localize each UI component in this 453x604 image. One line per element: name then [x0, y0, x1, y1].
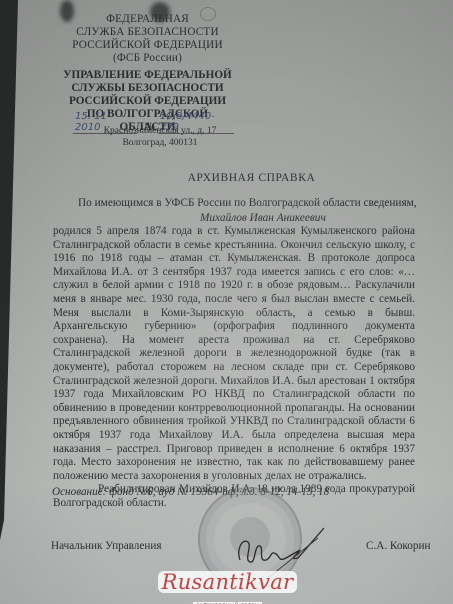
watermark-logo: Rusantikvar антикварный салон — [155, 571, 300, 604]
agency-line: СЛУЖБА БЕЗОПАСНОСТИ — [60, 26, 235, 39]
body-paragraph: родился 5 апреля 1874 года в ст. Кумылже… — [53, 225, 415, 483]
document-title: АРХИВНАЯ СПРАВКА — [0, 172, 453, 184]
intro-line: По имеющимся в УФСБ России по Волгоградс… — [78, 197, 417, 209]
page-edge-shadow — [0, 0, 18, 604]
agency-line: РОССИЙСКОЙ ФЕДЕРАЦИИ — [60, 39, 235, 52]
document-photo: ФЕДЕРАЛЬНАЯ СЛУЖБА БЕЗОПАСНОСТИ РОССИЙСК… — [0, 0, 453, 604]
person-name: Михайлов Иван Аникеевич — [200, 212, 326, 224]
watermark-brand: Rusantikvar — [158, 571, 298, 593]
department-line: СЛУЖБЫ БЕЗОПАСНОСТИ — [60, 82, 235, 95]
signatory-name: С.А. Кокорин — [366, 540, 430, 552]
agency-line: (ФСБ России) — [60, 52, 235, 65]
signatory-role: Начальник Управления — [51, 540, 161, 552]
department-line: РОССИЙСКОЙ ФЕДЕРАЦИИ — [60, 95, 235, 108]
document-body: родился 5 апреля 1874 года в ст. Кумылже… — [53, 225, 415, 510]
basis-reference: Основание: фонд №6, ауд № 19364-пф, л.д.… — [52, 486, 329, 498]
address-street: Краснознаменская ул., д. 17 — [90, 125, 230, 137]
emblem-icon — [200, 7, 216, 21]
address-city: Волгоград, 400131 — [90, 137, 230, 149]
department-line: УПРАВЛЕНИЕ ФЕДЕРАЛЬНОЙ — [60, 69, 235, 82]
